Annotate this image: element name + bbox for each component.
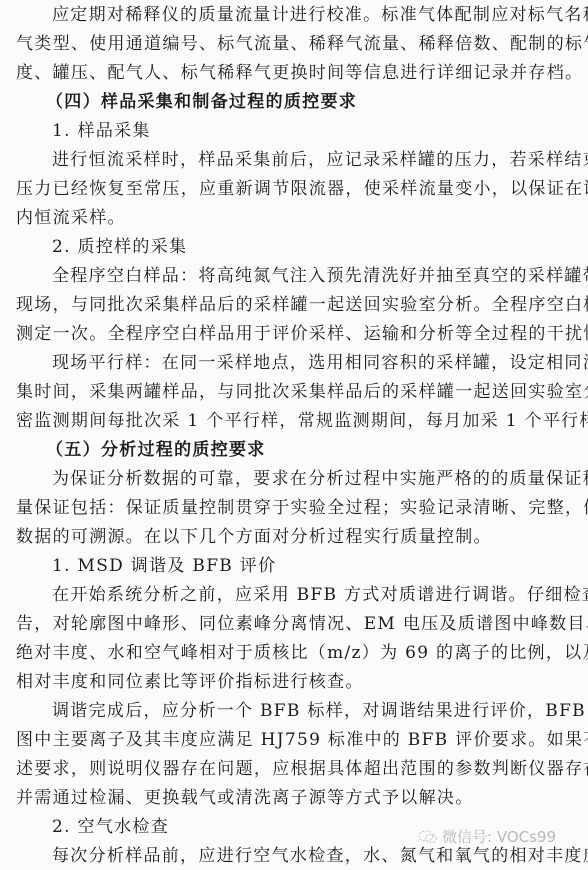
text-line: 量保证包括：保证质量控制贯穿于实验全过程；实验记录清晰、完整，保证报告 — [16, 494, 574, 523]
text-line: 压力已经恢复至常压，应重新调节限流器，使采样流量变小，以保证在设定时间 — [16, 175, 574, 204]
subheading-msd-tuning: 1. MSD 调谐及 BFB 评价 — [16, 552, 574, 581]
subheading-sample-collection: 1. 样品采集 — [16, 117, 574, 146]
text-line: 全程序空白样品：将高纯氮气注入预先清洗好并抽至真空的采样罐带至采样 — [16, 262, 574, 291]
text-line: 在开始系统分析之前，应采用 BFB 方式对质谱进行调谐。仔细检查调谐报 — [16, 581, 574, 610]
text-line: 并需通过检漏、更换载气或清洗离子源等方式予以解决。 — [16, 784, 574, 813]
paragraph-field-duplicate: 现场平行样：在同一采样地点，选用相同容积的采样罐，设定相同流速和采 集时间，采集… — [16, 349, 574, 436]
paragraph-field-blank: 全程序空白样品：将高纯氮气注入预先清洗好并抽至真空的采样罐带至采样 现场，与同批… — [16, 262, 574, 349]
watermark-text: 微信号: VOCs99 — [442, 826, 556, 847]
paragraph-calibration: 应定期对稀释仪的质量流量计进行校准。标准气体配制应对标气名称、稀释 气类型、使用… — [16, 1, 574, 88]
text-line: 述要求，则说明仪器存在问题，应根据具体超出范围的参数判断仪器存在的问题， — [16, 755, 574, 784]
paragraph-constant-flow-sampling: 进行恒流采样时，样品采集前后，应记录采样罐的压力，若采样结束后的罐 压力已经恢复… — [16, 146, 574, 233]
text-line: 相对丰度和同位素比等评价指标进行核查。 — [16, 668, 574, 697]
text-line: 集时间，采集两罐样品，与同批次采集样品后的采样罐一起送回实验室分析。加 — [16, 378, 574, 407]
text-line: 图中主要离子及其丰度应满足 HJ759 标准中的 BFB 评价要求。如果不能达到… — [16, 726, 574, 755]
text-line: 进行恒流采样时，样品采集前后，应记录采样罐的压力，若采样结束后的罐 — [16, 146, 574, 175]
text-line: 为保证分析数据的可靠，要求在分析过程中实施严格的的质量保证程序。质 — [16, 465, 574, 494]
text-line: 测定一次。全程序空白样品用于评价采样、运输和分析等全过程的干扰情况。 — [16, 320, 574, 349]
paragraph-quality-assurance: 为保证分析数据的可靠，要求在分析过程中实施严格的的质量保证程序。质 量保证包括：… — [16, 465, 574, 552]
subheading-qc-sample-collection: 2. 质控样的采集 — [16, 233, 574, 262]
wechat-icon — [418, 830, 438, 844]
text-line: 调谐完成后，应分析一个 BFB 标样，对调谐结果进行评价，BFB 样品质谱 — [16, 697, 574, 726]
text-line: 内恒流采样。 — [16, 204, 574, 233]
text-line: 数据的可溯源。在以下几个方面对分析过程实行质量控制。 — [16, 523, 574, 552]
text-line: 度、罐压、配气人、标气稀释气更换时间等信息进行详细记录并存档。 — [16, 59, 574, 88]
text-line: 现场平行样：在同一采样地点，选用相同容积的采样罐，设定相同流速和采 — [16, 349, 574, 378]
paragraph-bfb-evaluation: 调谐完成后，应分析一个 BFB 标样，对调谐结果进行评价，BFB 样品质谱 图中… — [16, 697, 574, 813]
section-heading-analysis-qc: （五）分析过程的质控要求 — [16, 436, 574, 465]
paragraph-bfb-tuning: 在开始系统分析之前，应采用 BFB 方式对质谱进行调谐。仔细检查调谐报 告，对轮… — [16, 581, 574, 697]
text-line: 告，对轮廓图中峰形、同位素峰分离情况、EM 电压及质谱图中峰数目、基峰的 — [16, 610, 574, 639]
wechat-watermark: 微信号: VOCs99 — [418, 826, 556, 847]
text-line: 气类型、使用通道编号、标气流量、稀释气流量、稀释倍数、配制的标气最终浓 — [16, 30, 574, 59]
text-line: 现场，与同批次采集样品后的采样罐一起送回实验室分析。全程序空白样品每月 — [16, 291, 574, 320]
text-line: 应定期对稀释仪的质量流量计进行校准。标准气体配制应对标气名称、稀释 — [16, 1, 574, 30]
text-line: 绝对丰度、水和空气峰相对于质核比（m/z）为 69 的离子的比例，以及质量分配、 — [16, 639, 574, 668]
text-line: 密监测期间每批次采 1 个平行样，常规监测期间，每月加采 1 个平行样。 — [16, 407, 574, 436]
section-heading-sampling-qc: （四）样品采集和制备过程的质控要求 — [16, 88, 574, 117]
document-page: 应定期对稀释仪的质量流量计进行校准。标准气体配制应对标气名称、稀释 气类型、使用… — [16, 0, 574, 870]
